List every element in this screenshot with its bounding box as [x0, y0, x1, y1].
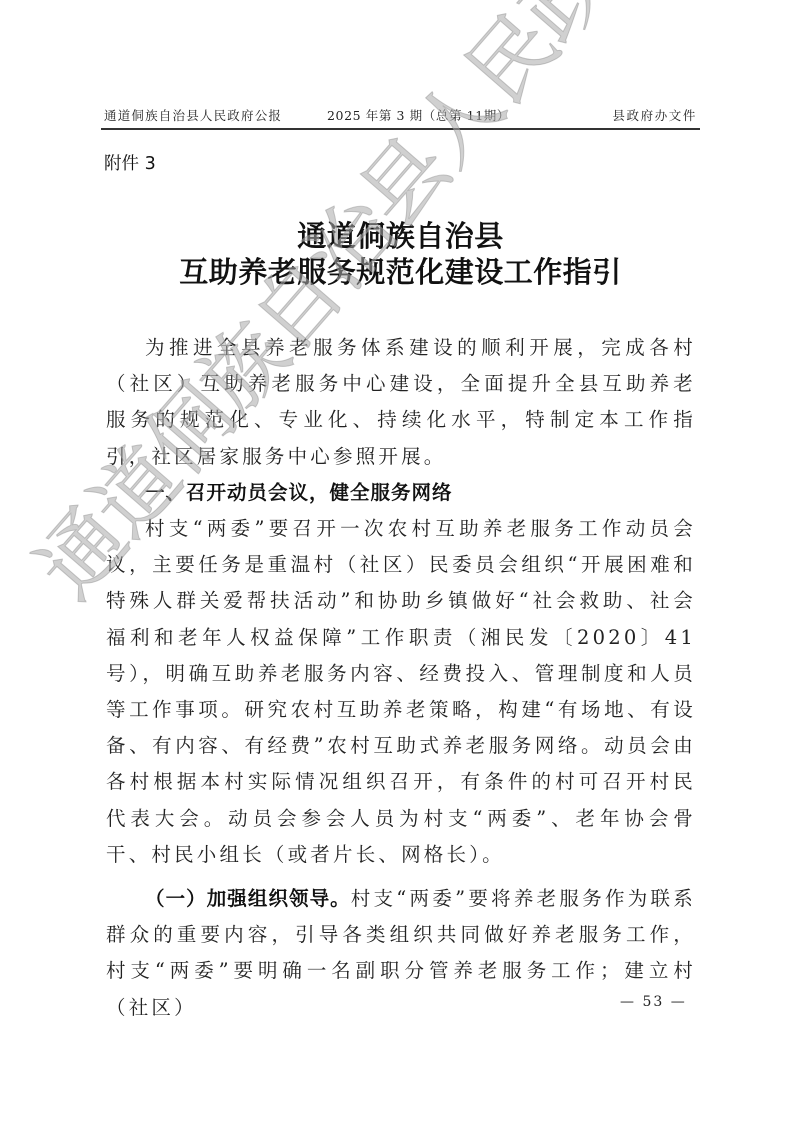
running-header: 通道侗族自治县人民政府公报 2025 年第 3 期（总第 11期） 县政府办文件	[101, 104, 700, 126]
document-title-line-1: 通道侗族自治县	[101, 214, 700, 255]
item-1-paragraph: （一）加强组织领导。村支“两委”要将养老服务作为联系群众的重要内容，引导各类组织…	[106, 881, 696, 1026]
section-1-paragraph: 村支“两委”要召开一次农村互助养老服务工作动员会议，主要任务是重温村（社区）民委…	[106, 511, 696, 873]
item-1-lead: （一）加强组织领导。	[145, 887, 351, 910]
header-publication-name: 通道侗族自治县人民政府公报	[104, 106, 282, 124]
section-heading-1: 一、召开动员会议，健全服务网络	[106, 475, 696, 511]
header-section-label: 县政府办文件	[612, 106, 697, 124]
page-number: — 53 —	[620, 994, 687, 1010]
document-body: 为推进全县养老服务体系建设的顺利开展，完成各村（社区）互助养老服务中心建设，全面…	[106, 330, 696, 1026]
attachment-label: 附件 3	[104, 150, 156, 175]
document-page: 通道侗族自治县人民政府公报 2025 年第 3 期（总第 11期） 县政府办文件…	[0, 0, 793, 1122]
document-title-line-2: 互助养老服务规范化建设工作指引	[101, 250, 700, 291]
header-issue-number: 2025 年第 3 期（总第 11期）	[327, 106, 510, 124]
paragraph-spacer	[106, 873, 696, 881]
intro-paragraph: 为推进全县养老服务体系建设的顺利开展，完成各村（社区）互助养老服务中心建设，全面…	[106, 330, 696, 475]
header-divider	[101, 128, 700, 130]
